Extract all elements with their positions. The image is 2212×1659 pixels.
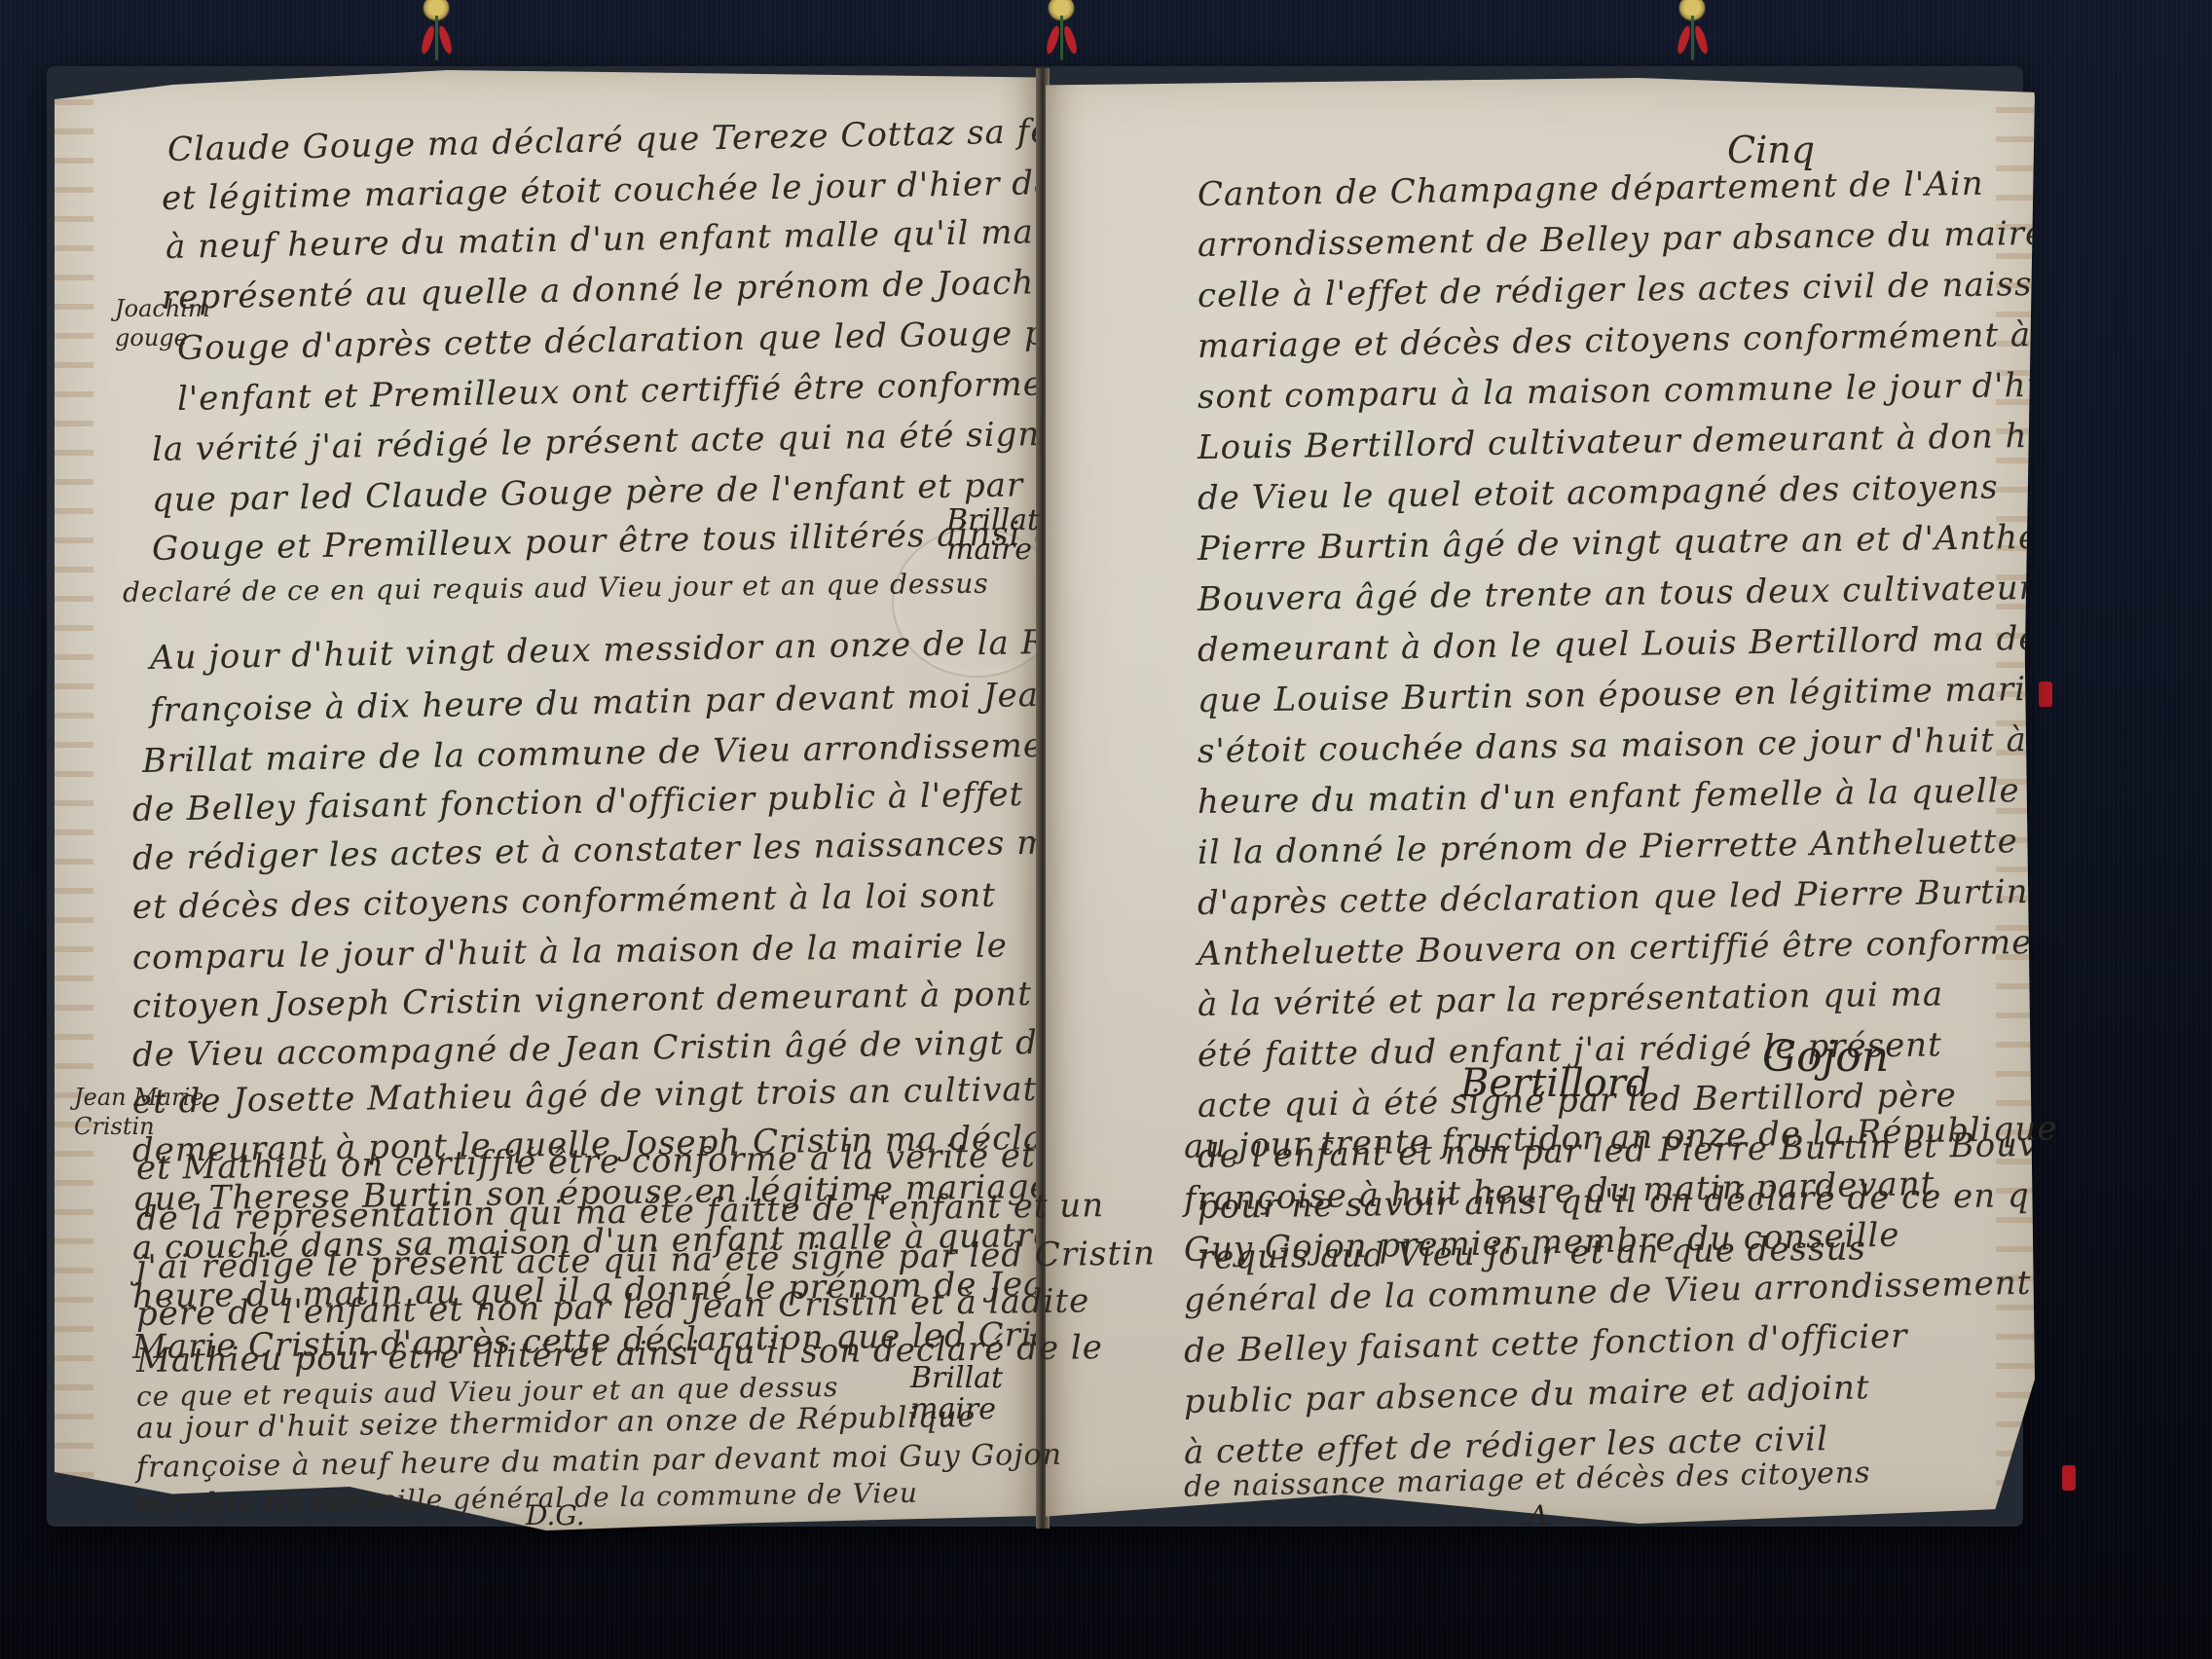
handwritten-line: Gouge et Premilleux pour être tous illit… [152,511,1038,569]
handwritten-line: Au jour d'huit vingt deux messidor an on… [150,620,1038,678]
handwritten-line: Brillat maire de la commune de Vieu arro… [142,725,1038,781]
handwritten-line: sont comparu à la maison commune le jour… [1198,365,2035,417]
handwritten-line: d'après cette déclaration que led Pierre… [1198,871,2035,923]
handwritten-line: que Louise Burtin son épouse en légitime… [1198,669,2035,720]
handwritten-line: à neuf heure du matin d'un enfant malle … [166,212,1034,267]
handwritten-line: Gouge d'après cette déclaration que led … [177,312,1038,368]
handwritten-line: et légitime mariage étoit couchée le jou… [162,160,1038,218]
handwritten-line: de Belley faisant fonction d'officier pu… [132,775,1024,829]
handwritten-line: s'étoit couchée dans sa maison ce jour d… [1198,719,2035,771]
red-thread-marker [2062,1465,2076,1491]
handwritten-line: Canton de Champagne département de l'Ain [1198,165,1984,214]
handwritten-line: arrondissement de Belley par absance du … [1198,213,2035,265]
handwritten-line: il la donné le prénom de Pierrette Anthe… [1198,820,2035,872]
signature-brillat-maire: Brillat maire [910,1363,1003,1425]
embroidered-flower-icon [1032,0,1090,64]
handwritten-line: que par led Claude Gouge père de l'enfan… [152,461,1038,520]
handwritten-line: Louis Bertillord cultivateur demeurant à… [1198,415,2035,467]
handwritten-line: citoyen Joseph Cristin vigneront demeura… [132,973,1038,1026]
signature-bertillord: Bertillord [1460,1061,1650,1106]
page-edge-stain [55,70,93,1530]
bottom-mark: D.G. [526,1499,585,1531]
handwritten-line: françoise à dix heure du matin par devan… [150,673,1038,730]
handwritten-line: mariage et décès des citoyens conforméme… [1198,314,2035,366]
handwritten-line: declaré de ce en qui requis aud Vieu jou… [123,568,989,608]
handwritten-line: heure du matin d'un enfant femelle à la … [1198,771,2020,822]
handwritten-line: et décès des citoyens conformément à la … [132,876,996,927]
handwritten-line: de Vieu accompagné de Jean Cristin âgé d… [132,1021,1038,1075]
handwritten-line: Antheluette Bouvera on certiffié être co… [1198,923,2033,974]
handwritten-line: Pierre Burtin âgé de vingt quatre an et … [1198,516,2035,569]
handwritten-line: demeurant à don le quel Louis Bertillord… [1198,618,2035,670]
handwritten-line: à la vérité et par la représentation qui… [1198,975,1944,1024]
handwritten-line: l'enfant et Premilleux ont certiffié êtr… [177,364,1038,419]
handwritten-line: Bouvera âgé de trente an tous deux culti… [1198,568,2035,619]
signature-gojon: Gojon [1762,1032,1889,1082]
page-number: Cinq [1727,129,1815,171]
embroidered-flower-icon [407,0,465,64]
handwritten-line: Claude Gouge ma déclaré que Tereze Cotta… [167,110,1038,169]
bottom-mark: A [1529,1499,1548,1531]
handwritten-line: de rédiger les actes et à constater les … [132,822,1038,878]
red-thread-marker [2039,682,2052,707]
handwritten-line: comparu le jour d'huit à la maison de la… [132,926,1008,977]
handwritten-line: de Vieu le quel etoit acompagné des cito… [1198,468,1999,518]
handwritten-line: et de Josette Mathieu âgé de vingt trois… [132,1069,1038,1122]
handwritten-line: celle à l'effet de rédiger les actes civ… [1198,264,2035,315]
embroidered-flower-icon [1663,0,1721,64]
signature-brillat-maire: Brillat maire [946,506,1039,565]
handwritten-line: représenté au quelle a donné le prénom d… [162,263,1038,317]
handwritten-line: la vérité j'ai rédigé le présent acte qu… [152,415,1038,469]
